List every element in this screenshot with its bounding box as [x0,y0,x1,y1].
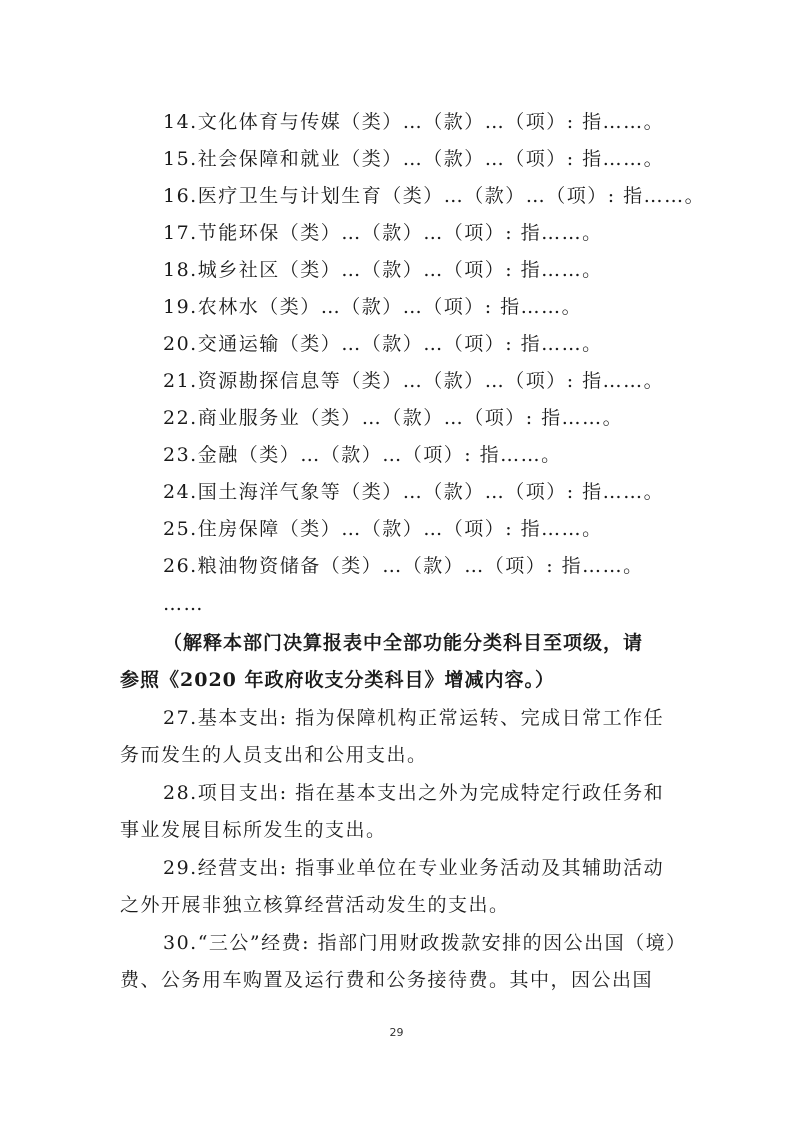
ellipsis: …… [163,592,204,616]
page-number: 29 [0,1026,793,1039]
list-item: 18.城乡社区（类）…（款）…（项）: 指……。 [163,258,603,282]
definition-basic-expenditure: 27.基本支出: 指为保障机构正常运转、完成日常工作任 [163,706,664,730]
list-item: 20.交通运输（类）…（款）…（项）: 指……。 [163,332,603,356]
definition-basic-expenditure-cont: 务而发生的人员支出和公用支出。 [120,743,428,767]
definition-operating-expenditure: 29.经营支出: 指事业单位在专业业务活动及其辅助活动 [163,856,664,880]
list-item: 17.节能环保（类）…（款）…（项）: 指……。 [163,221,603,245]
list-item: 21.资源勘探信息等（类）…（款）…（项）: 指……。 [163,369,664,393]
list-item: 22.商业服务业（类）…（款）…（项）: 指……。 [163,406,623,430]
list-item: 19.农林水（类）…（款）…（项）: 指……。 [163,295,582,319]
list-item: 24.国土海洋气象等（类）…（款）…（项）: 指……。 [163,480,664,504]
list-item: 14.文化体育与传媒（类）…（款）…（项）: 指……。 [163,110,664,134]
list-item: 16.医疗卫生与计划生育（类）…（款）…（项）: 指……。 [163,184,705,208]
definition-operating-expenditure-cont: 之外开展非独立核算经营活动发生的支出。 [120,893,510,917]
list-item: 23.金融（类）…（款）…（项）: 指……。 [163,443,562,467]
definition-project-expenditure: 28.项目支出: 指在基本支出之外为完成特定行政任务和 [163,781,664,805]
list-item: 25.住房保障（类）…（款）…（项）: 指……。 [163,517,603,541]
list-item: 26.粮油物资储备（类）…（款）…（项）: 指……。 [163,554,644,578]
definition-three-public: 30.“三公”经费: 指部门用财政拨款安排的因公出国（境） [163,931,687,955]
note-line-1: （解释本部门决算报表中全部功能分类科目至项级，请 [163,631,643,655]
list-item: 15.社会保障和就业（类）…（款）…（项）: 指……。 [163,147,664,171]
definition-three-public-cont: 费、公务用车购置及运行费和公务接待费。其中，因公出国 [120,968,653,992]
note-line-2: 参照《2020 年政府收支分类科目》增减内容。） [120,668,555,692]
definition-project-expenditure-cont: 事业发展目标所发生的支出。 [120,818,387,842]
